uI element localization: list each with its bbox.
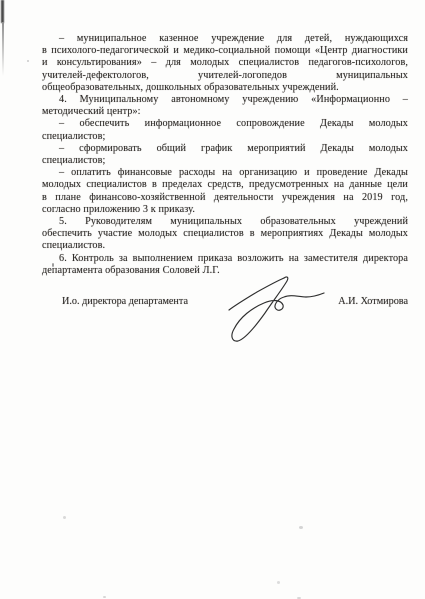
document-line: общеобразовательных, дошкольных образова… bbox=[42, 82, 408, 94]
scan-speck bbox=[277, 581, 280, 584]
document-line: – обеспечить информационное сопровождени… bbox=[42, 118, 408, 130]
scan-speck bbox=[299, 526, 303, 529]
document-line: специалистов; bbox=[42, 155, 408, 167]
scan-edge-artifact bbox=[1, 0, 4, 23]
document-line: обеспечить участие молодых специалистов … bbox=[42, 228, 408, 240]
scan-speck bbox=[103, 596, 106, 598]
signer-title: И.о. директора департамента bbox=[42, 296, 188, 307]
document-line: – муниципальное казенное учреждение для … bbox=[42, 33, 408, 45]
scan-speck bbox=[52, 263, 54, 267]
document-line: 6. Контроль за выполнением приказа возло… bbox=[42, 253, 408, 265]
scanned-document-page: – муниципальное казенное учреждение для … bbox=[0, 0, 425, 599]
scan-speck bbox=[63, 516, 66, 519]
document-line: – оплатить финансовые расходы на организ… bbox=[42, 167, 408, 179]
paragraph: – обеспечить информационное сопровождени… bbox=[42, 118, 408, 142]
document-line: учителей-дефектологов, учителей-логопедо… bbox=[42, 70, 408, 82]
scan-edge-fade-artifact bbox=[2, 22, 4, 76]
paragraph: 4. Муниципальному автономному учреждению… bbox=[42, 94, 408, 118]
document-line: 5. Руководителям муниципальных образоват… bbox=[42, 216, 408, 228]
document-line: специалистов; bbox=[42, 131, 408, 143]
paragraph: – сформировать общий график мероприятий … bbox=[42, 143, 408, 167]
document-line: молодых специалистов в пределах средств,… bbox=[42, 179, 408, 191]
document-line: – сформировать общий график мероприятий … bbox=[42, 143, 408, 155]
paragraph: – оплатить финансовые расходы на организ… bbox=[42, 167, 408, 216]
document-body: – муниципальное казенное учреждение для … bbox=[42, 33, 408, 277]
document-line: и консультирования» – для молодых специа… bbox=[42, 57, 408, 69]
document-line: в плане финансово-хозяйственной деятельн… bbox=[42, 192, 408, 204]
paragraph: 5. Руководителям муниципальных образоват… bbox=[42, 216, 408, 253]
handwritten-signature-icon bbox=[218, 272, 330, 352]
document-line: в психолого-педагогической и медико-соци… bbox=[42, 45, 408, 57]
scan-speck bbox=[27, 60, 29, 62]
document-line: 4. Муниципальному автономному учреждению… bbox=[42, 94, 408, 106]
document-line: методический центр»: bbox=[42, 106, 408, 118]
paragraph: – муниципальное казенное учреждение для … bbox=[42, 33, 408, 94]
document-line: согласно приложению 3 к приказу. bbox=[42, 204, 408, 216]
signer-name: А.И. Хотмирова bbox=[338, 296, 408, 307]
document-line: специалистов. bbox=[42, 240, 408, 252]
